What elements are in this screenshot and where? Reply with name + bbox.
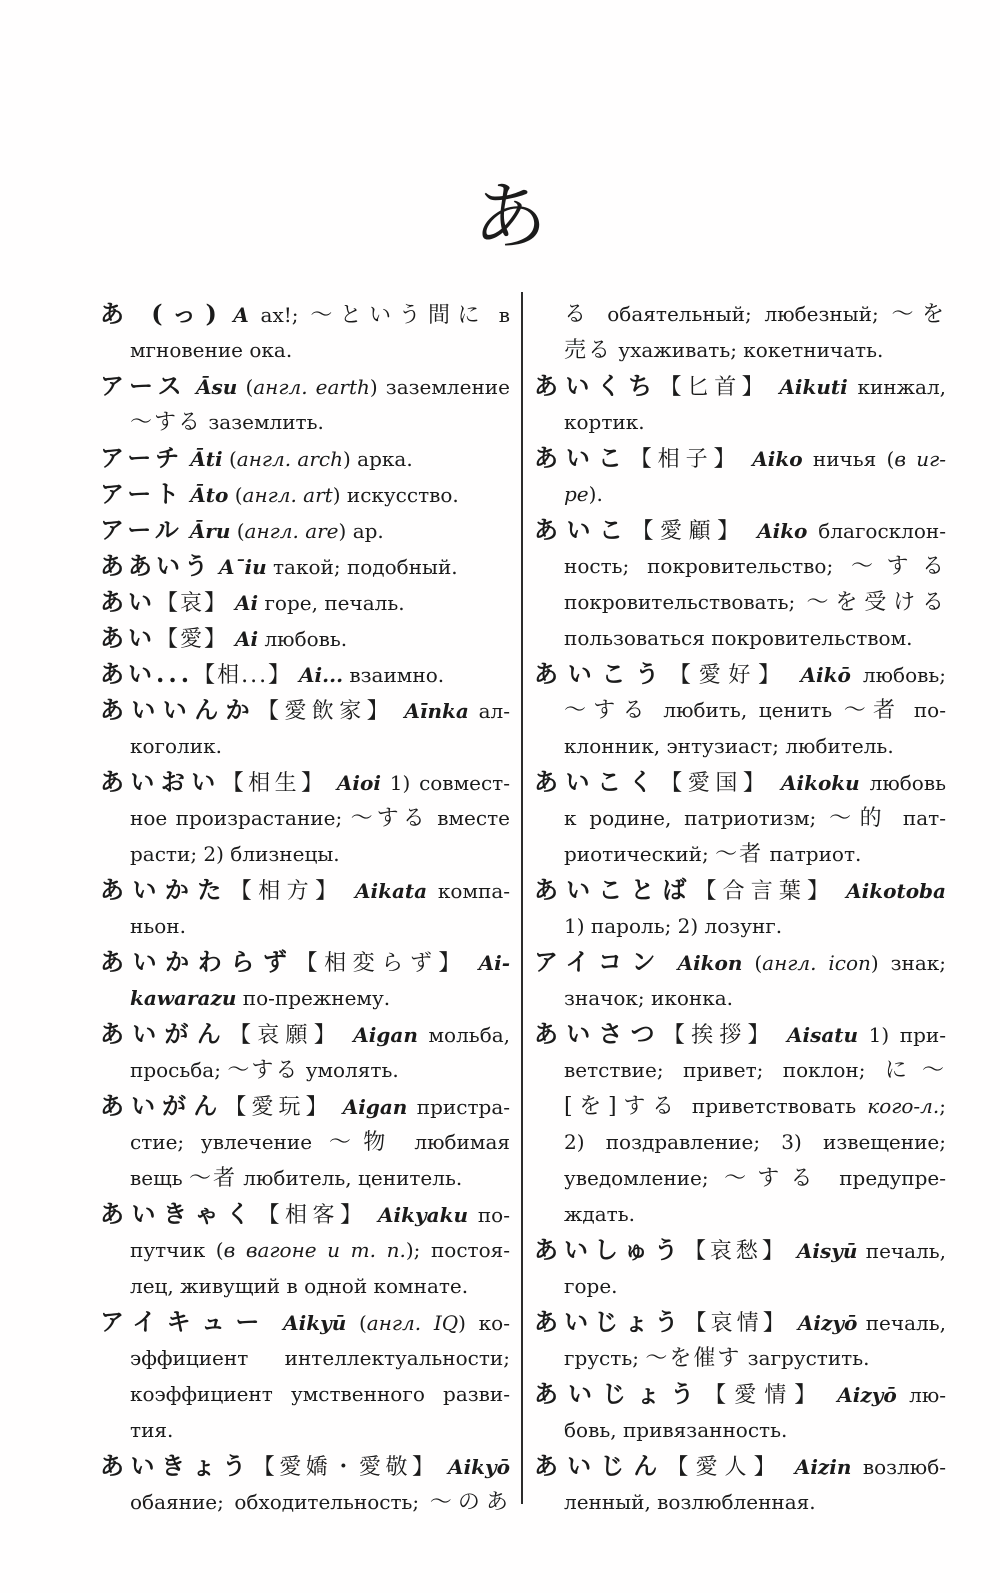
entry-line: あいこう【愛好】 Aikō любовь;	[534, 656, 946, 692]
text-segment-ro: Ai...	[292, 663, 343, 687]
text-segment-jp: ～物	[329, 1130, 398, 1155]
text-segment-ru: (	[228, 483, 242, 507]
text-segment-kj: 【愛好】	[669, 663, 788, 688]
dictionary-entry: あいがん【愛玩】 Aigan пристра-стие; увлечение ～…	[100, 1088, 510, 1196]
text-segment-ro: Aikō	[788, 663, 851, 687]
text-segment-it: англ. are	[245, 519, 339, 543]
text-segment-hw: あいじん	[534, 1451, 666, 1480]
text-segment-ru: кортик.	[564, 410, 645, 434]
entry-line: アート Āto (англ. art) искусство.	[100, 476, 510, 512]
text-segment-hw: あいことば	[534, 875, 695, 904]
text-segment-ru: ветствие; привет; поклон;	[564, 1058, 885, 1082]
text-segment-ru: значок; иконка.	[564, 986, 733, 1010]
text-segment-ru: по-	[468, 1203, 510, 1227]
text-segment-it: англ. IQ	[367, 1311, 458, 1335]
dictionary-entry: アイコン Aikon (англ. icon) знак;значок; ико…	[534, 944, 946, 1016]
text-segment-ru: клонник, энтузиаст; любитель.	[564, 734, 894, 758]
text-segment-ru: лю-	[897, 1383, 946, 1407]
text-segment-hw: あいいんか	[100, 695, 257, 724]
entry-line: 2) поздравление; 3) извещение;	[534, 1124, 946, 1160]
text-segment-ru: загрустить.	[741, 1346, 869, 1370]
text-segment-it: англ. arch	[237, 447, 343, 471]
text-segment-kj: 【愛飲家】	[257, 699, 394, 724]
entry-line: あいかた【相方】 Aikata компа-	[100, 872, 510, 908]
entry-line: лец, живущий в одной комнате.	[100, 1268, 510, 1304]
text-segment-jp: ～者	[715, 842, 763, 867]
dictionary-entry: あいことば【合言葉】 Aikotoba1) пароль; 2) лозунг.	[534, 872, 946, 944]
text-segment-ru: уведомление;	[564, 1166, 724, 1190]
text-segment-it: англ. earth	[253, 375, 370, 399]
entry-line: あい【哀】 Ai горе, печаль.	[100, 584, 510, 620]
text-segment-it: в вагоне и т. п.	[224, 1238, 406, 1262]
text-segment-ro: kawarazu	[130, 986, 236, 1010]
text-segment-ru: лец, живущий в одной комнате.	[130, 1274, 468, 1298]
entry-line: あいがん【愛玩】 Aigan пристра-	[100, 1088, 510, 1124]
text-segment-hw: あい...	[100, 659, 193, 688]
text-segment-ru: ное произрастание;	[130, 806, 351, 830]
text-segment-ro: Aikoku	[770, 771, 859, 795]
dictionary-entry: アイキュー Aikyū (англ. IQ) ко-эффициент инте…	[100, 1304, 510, 1448]
text-segment-hw: ああいう	[100, 551, 212, 580]
text-segment-ru: ность; покровительство;	[564, 554, 851, 578]
text-segment-kj: 【哀願】	[229, 1023, 342, 1048]
text-segment-jp: ～を催す	[645, 1346, 741, 1371]
text-segment-jp: ～を	[892, 302, 946, 327]
text-segment-hw: あいさつ	[534, 1019, 663, 1048]
entry-line: あいことば【合言葉】 Aikotoba	[534, 872, 946, 908]
entry-line: あいさつ【挨拶】 Aisatu 1) при-	[534, 1016, 946, 1052]
dictionary-entry: あいこ【愛顧】 Aiko благосклон-ность; покровите…	[534, 512, 946, 656]
text-segment-ro: Aigan	[333, 1095, 408, 1119]
text-segment-ru: ньон.	[130, 914, 186, 938]
entry-line: アイキュー Aikyū (англ. IQ) ко-	[100, 1304, 510, 1340]
dictionary-entry: あいこ【相子】 Aiko ничья (в иг-ре).	[534, 440, 946, 512]
entry-line: ре).	[534, 476, 946, 512]
text-segment-jp: ～する	[564, 698, 652, 723]
text-segment-ru: стие; увлечение	[130, 1130, 329, 1154]
entry-line: 1) пароль; 2) лозунг.	[534, 908, 946, 944]
text-segment-hw: あいくち	[534, 371, 660, 400]
text-segment-ro: Aikata	[344, 879, 428, 903]
text-segment-ru: ;	[939, 1094, 946, 1118]
entry-line: мгновение ока.	[100, 332, 510, 368]
text-segment-hw: アート	[100, 479, 183, 508]
text-segment-ru: 1) совмест-	[381, 771, 510, 795]
text-segment-hw: あ (っ)	[100, 299, 221, 328]
text-segment-ru: (	[237, 375, 253, 399]
text-segment-ru: путчик (	[130, 1238, 224, 1262]
entry-line: アース Āsu (англ. earth) заземление	[100, 368, 510, 404]
text-segment-ru: ал-	[469, 699, 510, 723]
text-segment-ru: любовь;	[851, 663, 946, 687]
text-segment-ru: обаяние; обходительность;	[130, 1490, 430, 1514]
text-segment-ro: Aikon	[665, 951, 742, 975]
text-segment-ro: Ai	[228, 627, 258, 651]
text-segment-jp: [を]する	[564, 1094, 681, 1119]
text-segment-ru: заземлить.	[202, 410, 324, 434]
text-segment-hw: あいおい	[100, 767, 222, 796]
entry-line: あいこ【愛顧】 Aiko благосклон-	[534, 512, 946, 548]
text-segment-ru: коэффициент умственного разви-	[130, 1382, 510, 1406]
entry-line: значок; иконка.	[534, 980, 946, 1016]
text-segment-kj: 【愛国】	[660, 771, 770, 796]
text-segment-hw: あいこう	[534, 659, 669, 688]
entry-line: あいじん【愛人】 Aizin возлюб-	[534, 1448, 946, 1484]
text-segment-ru: ничья (	[803, 447, 895, 471]
text-segment-ru: в	[487, 303, 510, 327]
text-segment-hw: アイキュー	[100, 1307, 270, 1336]
entry-line: 売る ухаживать; кокетничать.	[534, 332, 946, 368]
text-segment-hw: あいがん	[100, 1091, 224, 1120]
text-segment-kj: 【挨拶】	[663, 1023, 776, 1048]
entry-line: путчик (в вагоне и т. п.); постоя-	[100, 1232, 510, 1268]
text-segment-hw: アール	[100, 515, 183, 544]
text-segment-jp: ～者	[844, 698, 903, 723]
text-segment-ru: к родине, патриотизм;	[564, 806, 829, 830]
dictionary-entry: あい【愛】 Ai любовь.	[100, 620, 510, 656]
text-segment-ru: эффициент интеллектуальности;	[130, 1346, 510, 1370]
entry-line: あい...【相...】 Ai... взаимно.	[100, 656, 510, 692]
text-segment-ru: (	[230, 519, 244, 543]
entry-line: アール Āru (англ. are) ар.	[100, 512, 510, 548]
text-segment-ru: (	[223, 447, 237, 471]
dictionary-entry: あいいんか【愛飲家】 Aīnka ал-коголик.	[100, 692, 510, 764]
text-segment-ro: Aikyū	[270, 1311, 346, 1335]
entry-line: пользоваться покровительством.	[534, 620, 946, 656]
text-segment-kj: 【哀】	[156, 591, 228, 616]
text-segment-ru: ) ар.	[339, 519, 384, 543]
text-segment-ru: 2) поздравление; 3) извещение;	[564, 1130, 946, 1154]
text-segment-ro: Aikyō	[439, 1455, 510, 1479]
text-segment-kj: 【相客】	[258, 1203, 368, 1228]
entry-line: клонник, энтузиаст; любитель.	[534, 728, 946, 764]
entry-line: бовь, привязанность.	[534, 1412, 946, 1448]
entry-line: あいがん【哀願】 Aigan мольба,	[100, 1016, 510, 1052]
dictionary-entry: ああいう A¯iu такой; подобный.	[100, 548, 510, 584]
text-segment-ro: Aizyō	[824, 1383, 896, 1407]
entry-line: уведомление; ～する предупре-	[534, 1160, 946, 1196]
text-segment-ru: (	[346, 1311, 367, 1335]
dictionary-entry: あいくち【匕首】 Aikuti кинжал,кортик.	[534, 368, 946, 440]
text-segment-hw: あいじょう	[534, 1379, 704, 1408]
entry-line: [を]する приветствовать кого-л.;	[534, 1088, 946, 1124]
text-segment-jp: ～する	[724, 1166, 824, 1191]
entry-line: アーチ Āti (англ. arch) арка.	[100, 440, 510, 476]
entry-line: расти; 2) близнецы.	[100, 836, 510, 872]
entry-line: вещь ～者 любитель, ценитель.	[100, 1160, 510, 1196]
text-segment-kj: 【哀情】	[684, 1311, 788, 1336]
entry-line: ное произрастание; ～する вместе	[100, 800, 510, 836]
entry-line: あいこく【愛国】 Aikoku любовь	[534, 764, 946, 800]
entry-line: коголик.	[100, 728, 510, 764]
text-segment-ru: печаль,	[857, 1311, 946, 1335]
text-segment-ru: ждать.	[564, 1202, 635, 1226]
column-divider	[521, 292, 523, 1504]
entry-line: кортик.	[534, 404, 946, 440]
text-segment-ro: A¯iu	[212, 555, 267, 579]
text-segment-it: ре	[564, 482, 589, 506]
dictionary-entry: あいさつ【挨拶】 Aisatu 1) при-ветствие; привет;…	[534, 1016, 946, 1232]
entry-line: ленный, возлюбленная.	[534, 1484, 946, 1520]
text-segment-jp: ～的	[829, 806, 890, 831]
text-segment-ro: Aikotoba	[835, 879, 946, 903]
text-segment-ru: покровительствовать;	[564, 590, 806, 614]
entry-line: горе.	[534, 1268, 946, 1304]
dictionary-entry: あいがん【哀願】 Aigan мольба,просьба; ～する умоля…	[100, 1016, 510, 1088]
text-segment-ru: пат-	[890, 806, 946, 830]
entry-line: あいきゃく【相客】 Aikyaku по-	[100, 1196, 510, 1232]
text-segment-hw: あいがん	[100, 1019, 229, 1048]
text-segment-ru: по-прежнему.	[236, 986, 390, 1010]
text-segment-kj: 【匕首】	[660, 375, 770, 400]
left-column: あ (っ) A ах!; ～という間に вмгновение ока.アース Ā…	[100, 296, 510, 1520]
text-segment-ru: такой; подобный.	[267, 555, 458, 579]
text-segment-hw: あいきょう	[100, 1451, 253, 1480]
text-segment-jp: ～する	[130, 410, 202, 435]
text-segment-kj: 【哀愁】	[684, 1239, 788, 1264]
entry-line: あいじょう【愛情】 Aizyō лю-	[534, 1376, 946, 1412]
text-segment-ru: ); постоя-	[406, 1238, 510, 1262]
text-segment-ru: мольба,	[418, 1023, 510, 1047]
text-segment-kj: 【愛顧】	[632, 519, 746, 544]
text-segment-ru: ) знак;	[871, 951, 946, 975]
entry-line: あいじょう【哀情】 Aizyō печаль,	[534, 1304, 946, 1340]
dictionary-entry: る обаятельный; любезный; ～を売る ухаживать;…	[534, 296, 946, 368]
text-segment-ru: по-	[902, 698, 946, 722]
text-segment-ro: Aigan	[342, 1023, 418, 1047]
text-segment-kj: 【相変らず】	[296, 951, 468, 976]
text-segment-kj: 【愛情】	[704, 1383, 824, 1408]
entry-line: あいいんか【愛飲家】 Aīnka ал-	[100, 692, 510, 728]
entry-line: あいこ【相子】 Aiko ничья (в иг-	[534, 440, 946, 476]
dictionary-entry: あいじょう【愛情】 Aizyō лю-бовь, привязанность.	[534, 1376, 946, 1448]
dictionary-entry: あいかた【相方】 Aikata компа-ньон.	[100, 872, 510, 944]
text-segment-ru: патриот.	[763, 842, 861, 866]
text-segment-hw: アース	[100, 371, 187, 400]
text-segment-jp: ～を受ける	[806, 590, 946, 615]
text-segment-ru: печаль,	[857, 1239, 946, 1263]
entry-line: る обаятельный; любезный; ～を	[534, 296, 946, 332]
entry-line: обаяние; обходительность; ～のあ	[100, 1484, 510, 1520]
dictionary-entry: あいじょう【哀情】 Aizyō печаль,грусть; ～を催す загр…	[534, 1304, 946, 1376]
text-segment-it: англ. icon	[762, 951, 871, 975]
text-segment-ro: Aiko	[746, 519, 808, 543]
dictionary-entry: アーチ Āti (англ. arch) арка.	[100, 440, 510, 476]
text-segment-ro: Āsu	[187, 375, 237, 399]
text-segment-ru: благосклон-	[807, 519, 946, 543]
text-segment-kj: 【愛嬌・愛敬】	[253, 1455, 439, 1480]
text-segment-ru: компа-	[427, 879, 510, 903]
entry-line: ～する заземлить.	[100, 404, 510, 440]
text-segment-ro: Aizin	[783, 1455, 852, 1479]
dictionary-entry: あいかわらず【相変らず】 Ai-kawarazu по-прежнему.	[100, 944, 510, 1016]
text-segment-hw: あいこ	[534, 515, 632, 544]
text-segment-ru: возлюб-	[851, 1455, 946, 1479]
dictionary-entry: あいこく【愛国】 Aikoku любовьк родине, патриоти…	[534, 764, 946, 872]
dictionary-entry: アール Āru (англ. are) ар.	[100, 512, 510, 548]
text-segment-hw: あい	[100, 587, 156, 616]
dictionary-entry: あいしゅう【哀愁】 Aisyū печаль,горе.	[534, 1232, 946, 1304]
text-segment-jp: ～という間に	[310, 303, 487, 328]
text-segment-ro: Aisyū	[788, 1239, 858, 1263]
text-segment-it: в иг-	[894, 447, 946, 471]
text-segment-kj: 【愛人】	[666, 1455, 782, 1480]
entry-line: эффициент интеллектуальности;	[100, 1340, 510, 1376]
text-segment-hw: あいこ	[534, 443, 630, 472]
text-segment-kj: 【相子】	[630, 447, 742, 472]
entry-line: kawarazu по-прежнему.	[100, 980, 510, 1016]
text-segment-hw: あいじょう	[534, 1307, 684, 1336]
entry-line: あいしゅう【哀愁】 Aisyū печаль,	[534, 1232, 946, 1268]
text-segment-jp: ～する	[351, 806, 429, 831]
dictionary-entry: あい...【相...】 Ai... взаимно.	[100, 656, 510, 692]
text-segment-ro: Ai-	[467, 951, 510, 975]
text-segment-hw: あいかわらず	[100, 947, 296, 976]
text-segment-ru: ) ко-	[458, 1311, 510, 1335]
text-segment-ru: мгновение ока.	[130, 338, 292, 362]
text-segment-ro: Aikyaku	[368, 1203, 468, 1227]
dictionary-entry: あいきゃく【相客】 Aikyaku по-путчик (в вагоне и …	[100, 1196, 510, 1304]
entry-line: ность; покровительство; ～する	[534, 548, 946, 584]
text-segment-ru: ) заземление	[370, 375, 510, 399]
dictionary-entry: あいおい【相生】 Aioi 1) совмест-ное произрастан…	[100, 764, 510, 872]
text-segment-hw: あいきゃく	[100, 1199, 258, 1228]
entry-line: ～する любить, ценить ～者 по-	[534, 692, 946, 728]
entry-line: стие; увлечение ～物 любимая	[100, 1124, 510, 1160]
right-column: る обаятельный; любезный; ～を売る ухаживать;…	[534, 296, 946, 1520]
text-segment-ru: пристра-	[407, 1095, 510, 1119]
entry-line: коэффициент умственного разви-	[100, 1376, 510, 1412]
text-segment-jp: ～のあ	[430, 1490, 510, 1515]
text-segment-hw: アーチ	[100, 443, 183, 472]
text-segment-ru: любитель, ценитель.	[237, 1166, 462, 1190]
dictionary-entry: あいじん【愛人】 Aizin возлюб-ленный, возлюбленн…	[534, 1448, 946, 1520]
entry-line: あいくち【匕首】 Aikuti кинжал,	[534, 368, 946, 404]
text-segment-ro: Aizyō	[789, 1311, 857, 1335]
text-segment-ru: приветствовать	[681, 1094, 867, 1118]
text-segment-jp: ～する	[227, 1058, 299, 1083]
text-segment-ru: бовь, привязанность.	[564, 1418, 787, 1442]
text-segment-jp: ～者	[189, 1166, 237, 1191]
entry-line: ветствие; привет; поклон; に～	[534, 1052, 946, 1088]
entry-line: ньон.	[100, 908, 510, 944]
entry-line: к родине, патриотизм; ～的 пат-	[534, 800, 946, 836]
text-segment-kj: 【合言葉】	[695, 879, 836, 904]
dictionary-entry: アース Āsu (англ. earth) заземление～する зазе…	[100, 368, 510, 440]
text-segment-ru: коголик.	[130, 734, 222, 758]
dictionary-page: あ あ (っ) A ах!; ～という間に вмгновение ока.アース…	[0, 0, 1000, 1593]
text-segment-ro: Aioi	[328, 771, 381, 795]
text-segment-jp: 売る	[564, 338, 612, 363]
entry-line: あいおい【相生】 Aioi 1) совмест-	[100, 764, 510, 800]
entry-line: あいかわらず【相変らず】 Ai-	[100, 944, 510, 980]
dictionary-entry: あい【哀】 Ai горе, печаль.	[100, 584, 510, 620]
text-segment-ro: Aisatu	[776, 1023, 858, 1047]
text-segment-ru: любовь	[860, 771, 946, 795]
entry-line: просьба; ～する умолять.	[100, 1052, 510, 1088]
text-segment-ru: ах!;	[249, 303, 311, 327]
text-segment-ru: пользоваться покровительством.	[564, 626, 913, 650]
text-segment-ru: ухаживать; кокетничать.	[612, 338, 883, 362]
text-segment-jp: に～	[885, 1058, 946, 1083]
entry-line: あいきょう【愛嬌・愛敬】 Aikyō	[100, 1448, 510, 1484]
text-segment-ro: Aīnka	[394, 699, 469, 723]
text-segment-hw: あいこく	[534, 767, 660, 796]
text-segment-hw: アイコン	[534, 947, 665, 976]
text-segment-it: кого-л.	[867, 1094, 939, 1118]
text-segment-it: англ. art	[243, 483, 333, 507]
text-segment-ru: грусть;	[564, 1346, 645, 1370]
entry-line: риотический; ～者 патриот.	[534, 836, 946, 872]
dictionary-entry: あいこう【愛好】 Aikō любовь;～する любить, ценить …	[534, 656, 946, 764]
text-segment-hw: あいしゅう	[534, 1235, 684, 1264]
text-segment-ru: умолять.	[299, 1058, 398, 1082]
text-segment-ru: (	[742, 951, 762, 975]
text-segment-kj: 【愛玩】	[224, 1095, 332, 1120]
text-segment-ru: горе.	[564, 1274, 618, 1298]
text-segment-ru: расти; 2) близнецы.	[130, 842, 340, 866]
text-segment-ru: обаятельный; любезный;	[594, 302, 891, 326]
text-segment-ru: любить, ценить	[652, 698, 844, 722]
text-segment-ro: Aikuti	[769, 375, 848, 399]
dictionary-entry: アート Āto (англ. art) искусство.	[100, 476, 510, 512]
text-segment-jp: る	[564, 302, 594, 327]
entry-line: あい【愛】 Ai любовь.	[100, 620, 510, 656]
text-segment-ru: ).	[589, 482, 603, 506]
text-segment-kj: 【愛】	[156, 627, 228, 652]
text-segment-hw: あい	[100, 623, 156, 652]
text-segment-ru: ) искусство.	[333, 483, 459, 507]
dictionary-entry: あいきょう【愛嬌・愛敬】 Aikyōобаяние; обходительнос…	[100, 1448, 510, 1520]
text-segment-ro: Āto	[183, 483, 228, 507]
entry-line: грусть; ～を催す загрустить.	[534, 1340, 946, 1376]
text-segment-kj: 【相生】	[222, 771, 328, 796]
text-segment-ru: вещь	[130, 1166, 189, 1190]
text-segment-ro: Aiko	[741, 447, 802, 471]
text-segment-ru: 1) при-	[858, 1023, 946, 1047]
text-segment-ru: горе, печаль.	[258, 591, 405, 615]
text-segment-ru: вместе	[429, 806, 510, 830]
text-segment-ro: Āru	[183, 519, 231, 543]
section-header-kana: あ	[10, 180, 1000, 254]
text-segment-ru: взаимно.	[343, 663, 444, 687]
entry-line: あ (っ) A ах!; ～という間に в	[100, 296, 510, 332]
text-segment-ru: тия.	[130, 1418, 173, 1442]
text-segment-ru: кинжал,	[848, 375, 946, 399]
text-segment-ru: риотический;	[564, 842, 715, 866]
text-segment-ro: Ai	[228, 591, 258, 615]
text-segment-ru: предупре-	[824, 1166, 946, 1190]
text-segment-hw: あいかた	[100, 875, 230, 904]
text-segment-ru: 1) пароль; 2) лозунг.	[564, 914, 782, 938]
text-segment-ro: A	[221, 303, 249, 327]
text-segment-ru: любимая	[398, 1130, 510, 1154]
text-segment-ru: просьба;	[130, 1058, 227, 1082]
entry-line: ああいう A¯iu такой; подобный.	[100, 548, 510, 584]
text-segment-ru: ) арка.	[343, 447, 413, 471]
entry-line: ждать.	[534, 1196, 946, 1232]
dictionary-entry: あ (っ) A ах!; ～という間に вмгновение ока.	[100, 296, 510, 368]
entry-line: тия.	[100, 1412, 510, 1448]
text-segment-jp: ～する	[851, 554, 946, 579]
entry-line: покровительствовать; ～を受ける	[534, 584, 946, 620]
text-segment-ro: Āti	[183, 447, 222, 471]
entry-line: アイコン Aikon (англ. icon) знак;	[534, 944, 946, 980]
text-segment-ru: ленный, возлюбленная.	[564, 1490, 816, 1514]
text-segment-kj: 【相方】	[230, 879, 344, 904]
text-segment-ru: любовь.	[258, 627, 347, 651]
text-segment-kj: 【相...】	[193, 663, 292, 688]
